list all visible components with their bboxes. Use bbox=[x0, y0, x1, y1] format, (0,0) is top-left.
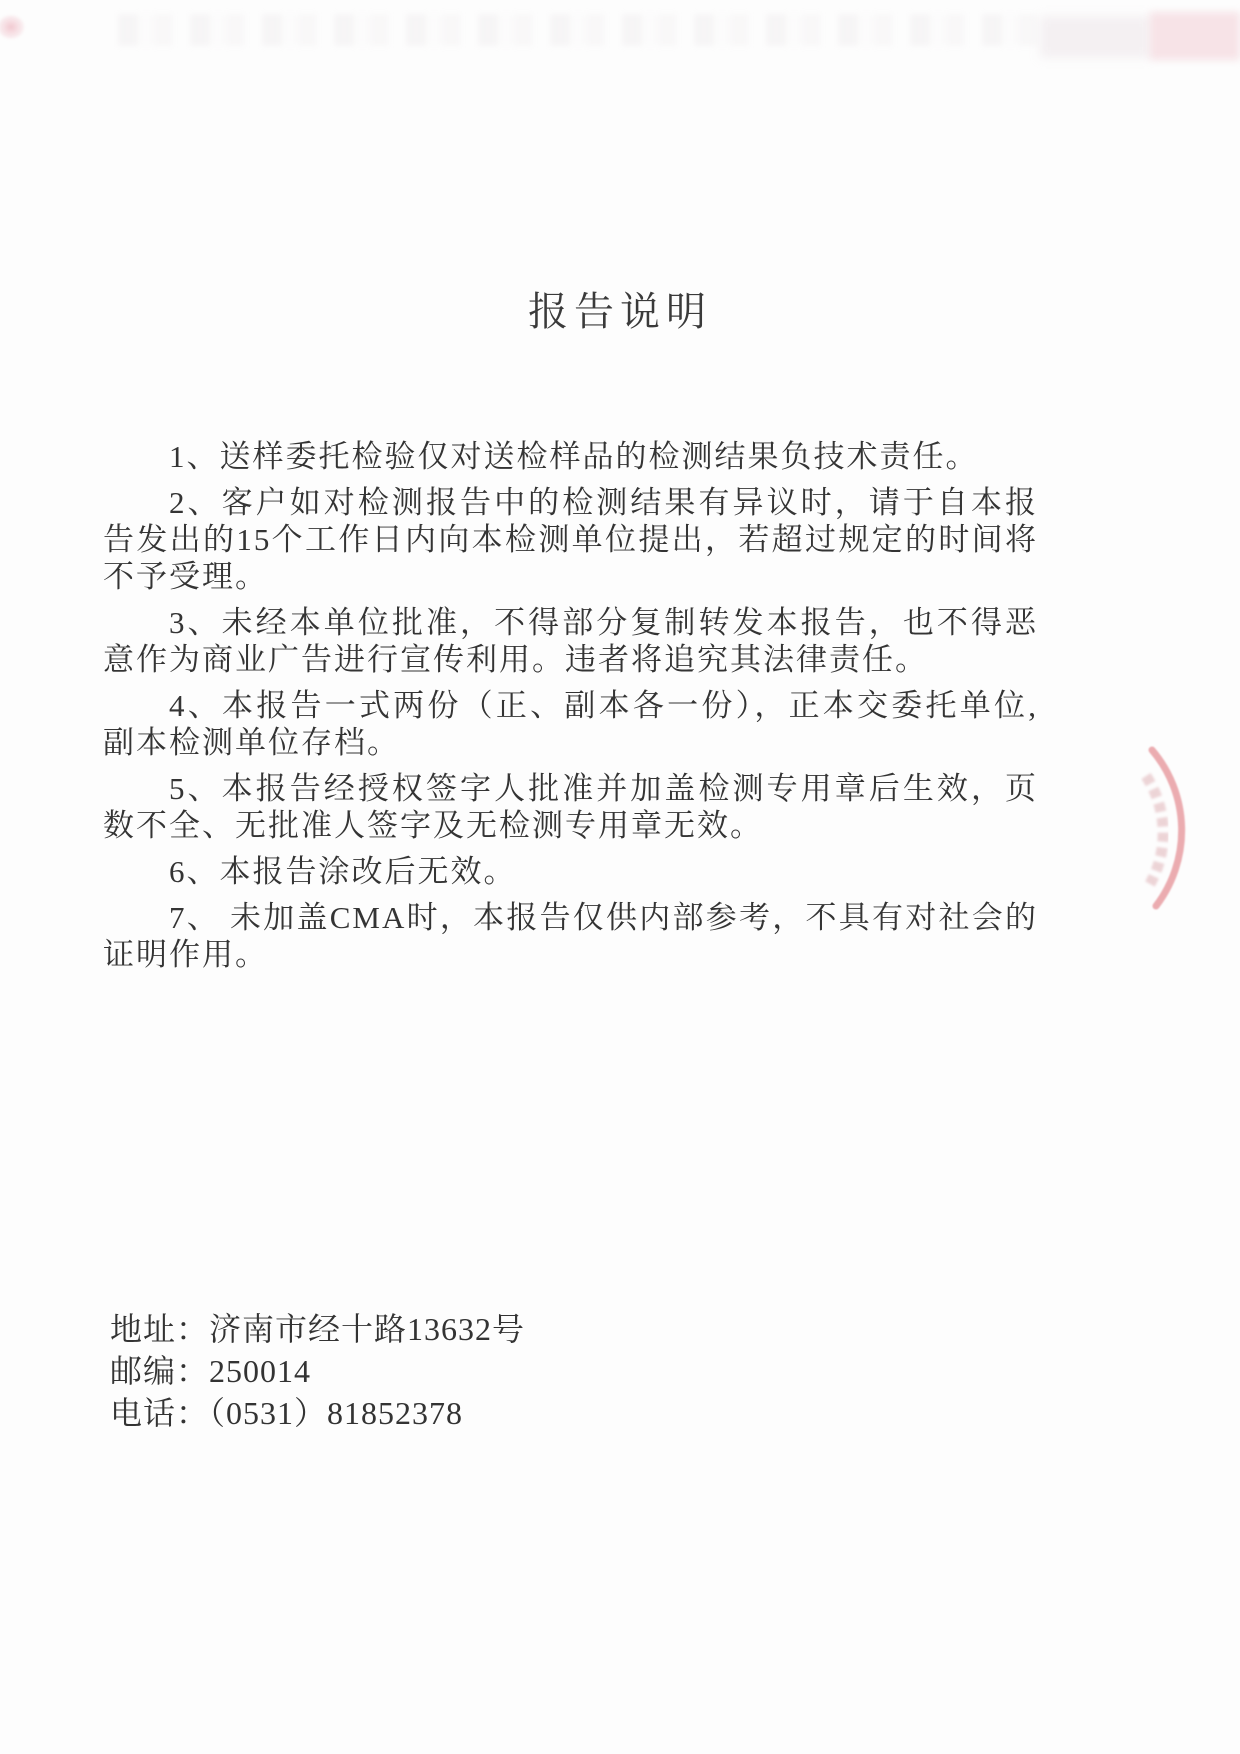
scan-artifact-top-right bbox=[1150, 12, 1240, 60]
seal-rim-arc bbox=[1152, 750, 1182, 906]
report-notes: 1、送样委托检验仅对送检样品的检测结果负技术责任。 2、客户如对检测报告中的检测… bbox=[103, 438, 1038, 982]
contact-info: 地址：济南市经十路13632号 邮编：250014 电话：（0531）81852… bbox=[110, 1308, 525, 1434]
address-line: 地址：济南市经十路13632号 bbox=[110, 1308, 525, 1350]
page-title: 报告说明 bbox=[0, 280, 1240, 337]
scan-artifact-top-mid bbox=[1040, 16, 1150, 58]
scan-artifact-top-left bbox=[0, 10, 30, 44]
note-item-6: 6、本报告涂改后无效。 bbox=[103, 853, 1038, 890]
postcode-line: 邮编：250014 bbox=[110, 1350, 525, 1392]
note-item-5: 5、本报告经授权签字人批准并加盖检测专用章后生效，页数不全、无批准人签字及无检测… bbox=[103, 770, 1038, 844]
postcode-label: 邮编： bbox=[110, 1353, 209, 1389]
note-item-1: 1、送样委托检验仅对送检样品的检测结果负技术责任。 bbox=[103, 438, 1038, 475]
address-value: 济南市经十路13632号 bbox=[209, 1311, 525, 1347]
postcode-value: 250014 bbox=[209, 1353, 311, 1389]
note-item-3: 3、未经本单位批准，不得部分复制转发本报告，也不得恶意作为商业广告进行宣传利用。… bbox=[103, 604, 1038, 678]
phone-value: （0531）81852378 bbox=[209, 1395, 463, 1431]
report-notes-page: 报告说明 1、送样委托检验仅对送检样品的检测结果负技术责任。 2、客户如对检测报… bbox=[0, 0, 1240, 1754]
seal-text-ring bbox=[1146, 776, 1163, 884]
address-label: 地址： bbox=[110, 1311, 209, 1347]
scan-artifact-bleedthrough-strip bbox=[118, 14, 1038, 46]
note-item-4: 4、本报告一式两份（正、副本各一份），正本交委托单位,副本检测单位存档。 bbox=[103, 687, 1038, 761]
phone-line: 电话：（0531）81852378 bbox=[110, 1392, 525, 1434]
note-item-2: 2、客户如对检测报告中的检测结果有异议时，请于自本报告发出的15个工作日内向本检… bbox=[103, 484, 1038, 595]
note-item-7: 7、 未加盖CMA时，本报告仅供内部参考，不具有对社会的证明作用。 bbox=[103, 899, 1038, 973]
phone-label: 电话： bbox=[110, 1395, 209, 1431]
